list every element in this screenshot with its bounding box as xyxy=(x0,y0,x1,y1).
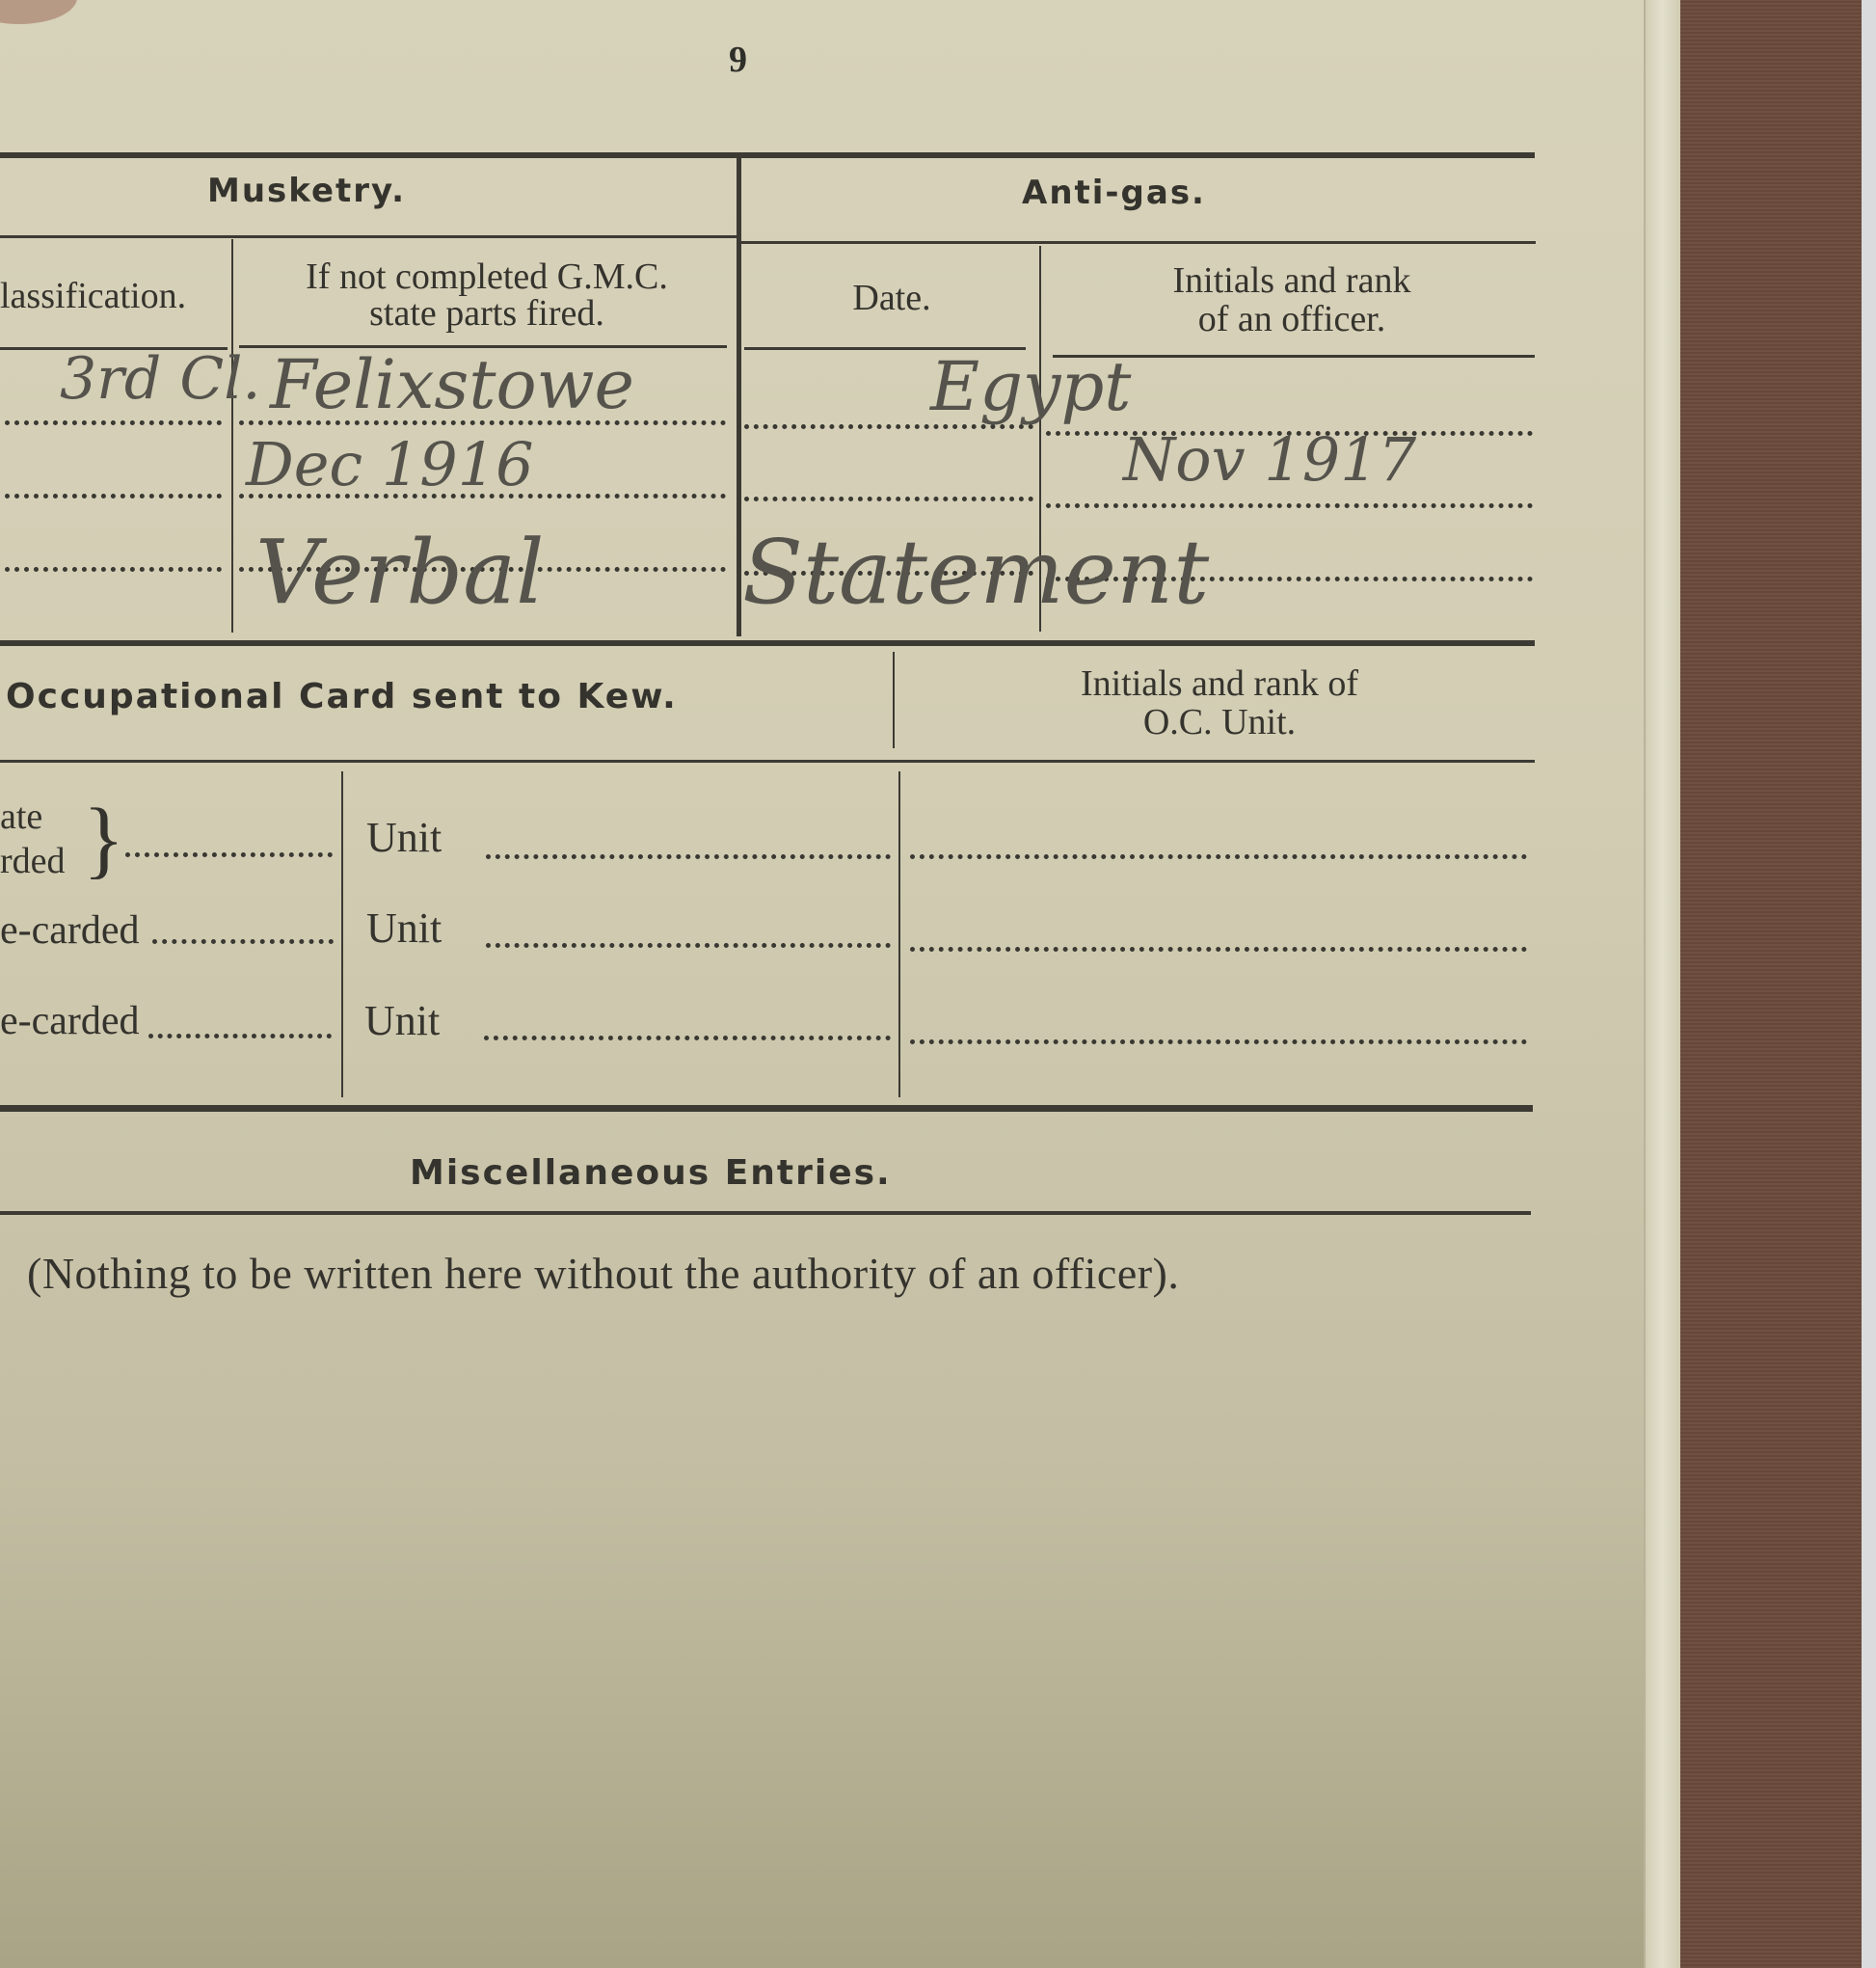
oc-initials-field-2[interactable] xyxy=(910,947,1527,952)
subheader-rule-left xyxy=(0,235,737,238)
parts-fired-header-line2: state parts fired. xyxy=(241,295,733,332)
handwritten-statement: Statement xyxy=(742,521,1209,624)
occupational-col-divider-2 xyxy=(898,771,900,1097)
handwritten-date: Dec 1916 xyxy=(246,429,534,499)
parts-fired-header-line1: If not completed G.M.C. xyxy=(241,258,733,295)
occupational-col-divider-1 xyxy=(341,771,343,1097)
handwritten-nov-1917: Nov 1917 xyxy=(1123,424,1416,495)
handwritten-location: Felixstowe xyxy=(270,345,634,424)
entry-line-2d xyxy=(1046,503,1533,508)
misc-bottom-rule xyxy=(0,1211,1531,1215)
entry-line-2c xyxy=(744,497,1033,501)
initials-header-line2: of an officer. xyxy=(1046,301,1538,337)
handwritten-classification: 3rd Cl. xyxy=(60,345,261,413)
unit-field-1[interactable] xyxy=(486,854,891,859)
occupational-rule xyxy=(0,760,1535,763)
misc-top-rule xyxy=(0,1105,1533,1112)
re-carded-field-2[interactable] xyxy=(148,1034,332,1038)
occupational-header-divider xyxy=(893,652,895,748)
date-carded-field[interactable] xyxy=(125,852,333,857)
section-rule-2 xyxy=(0,640,1535,646)
unit-label-2: Unit xyxy=(366,910,442,947)
musketry-title: Musketry. xyxy=(207,172,406,210)
entry-line-3a xyxy=(5,567,222,572)
classification-header: lassification. xyxy=(0,278,186,314)
page-edges xyxy=(1644,0,1682,1968)
oc-unit-header-line1: Initials and rank of xyxy=(901,665,1538,702)
oc-unit-header-line2: O.C. Unit. xyxy=(901,704,1538,741)
background xyxy=(1862,0,1876,1968)
oc-initials-field-3[interactable] xyxy=(910,1039,1527,1044)
entry-line-2a xyxy=(5,494,222,499)
brace-icon: } xyxy=(83,796,124,883)
date-carded-label-line2: rded xyxy=(0,843,66,879)
miscellaneous-title: Miscellaneous Entries. xyxy=(410,1153,892,1193)
finger-tip xyxy=(0,0,77,24)
handwritten-verbal: Verbal xyxy=(255,521,545,624)
entry-line-1a xyxy=(5,420,222,425)
occupational-card-title: Occupational Card sent to Kew. xyxy=(6,677,678,716)
re-carded-label-1: e-carded xyxy=(0,912,140,949)
initials-header-line1: Initials and rank xyxy=(1046,262,1538,299)
book-cover xyxy=(1680,0,1862,1968)
unit-field-3[interactable] xyxy=(484,1036,891,1040)
unit-label-3: Unit xyxy=(364,1003,440,1039)
miscellaneous-entry-area[interactable] xyxy=(19,1321,1620,1957)
date-header: Date. xyxy=(742,280,1041,316)
date-carded-label-line1: ate xyxy=(0,798,42,835)
musketry-col-divider xyxy=(231,239,233,633)
subheader-rule-right xyxy=(741,241,1536,244)
pay-book-page: 9 Musketry. Anti-gas. lassification. If … xyxy=(0,0,1644,1968)
anti-gas-title: Anti-gas. xyxy=(1022,174,1206,212)
oc-initials-field-1[interactable] xyxy=(910,854,1527,859)
re-carded-label-2: e-carded xyxy=(0,1003,140,1039)
section-divider xyxy=(737,154,741,636)
re-carded-field-1[interactable] xyxy=(152,939,334,944)
handwritten-egypt: Egypt xyxy=(930,347,1131,426)
top-rule xyxy=(0,152,1535,158)
miscellaneous-note: (Nothing to be written here without the … xyxy=(27,1248,1179,1299)
unit-field-2[interactable] xyxy=(486,943,891,948)
unit-label-1: Unit xyxy=(366,820,442,856)
page-number: 9 xyxy=(729,39,747,81)
